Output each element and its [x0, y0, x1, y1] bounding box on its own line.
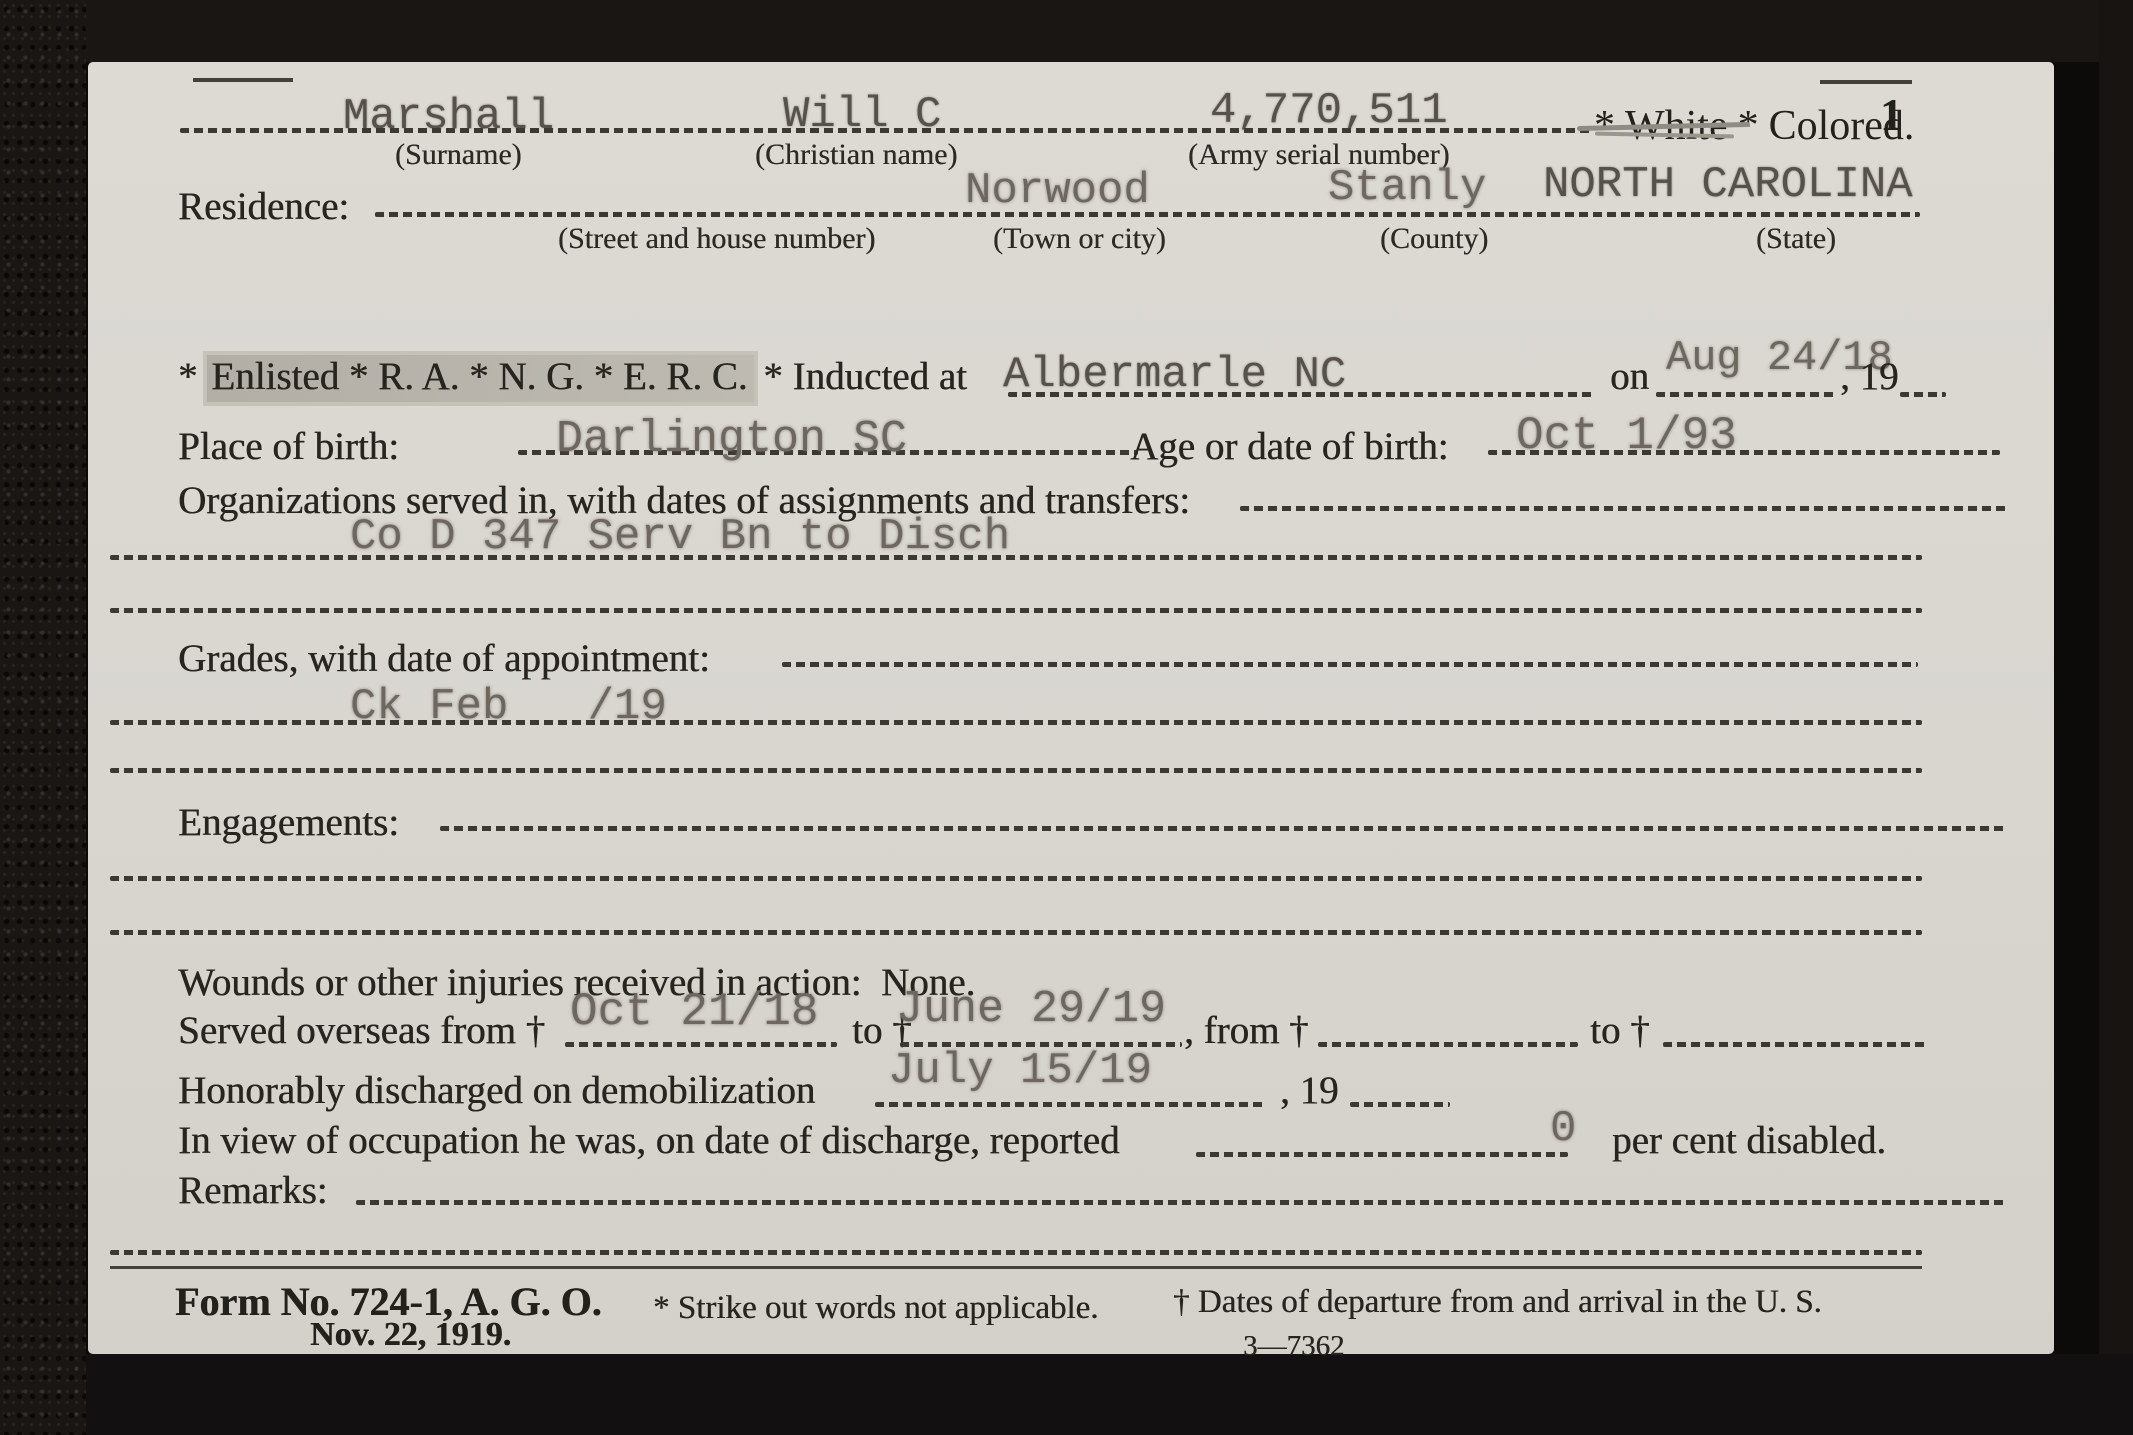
birthdate-label: Age or date of birth: [1130, 424, 1448, 469]
discharge-rule-2 [1350, 1102, 1450, 1107]
print-code: 3—7362 [1243, 1330, 1345, 1363]
top-left-mark [193, 78, 293, 82]
page-number-overline [1820, 80, 1912, 84]
engagements-label: Engagements: [178, 800, 399, 845]
race-white-struck: White [1625, 102, 1728, 150]
dagger-note: † Dates of departure from and arrival in… [1173, 1284, 1822, 1321]
footer-divider [110, 1266, 1922, 1269]
disability-label: In view of occupation he was, on date of… [178, 1118, 1119, 1163]
scan-border-left [0, 0, 86, 1435]
scan-border-bottom [86, 1354, 2133, 1435]
residence-county-value: Stanly [1328, 163, 1486, 213]
race-designation: *White*Colored. [1594, 102, 1924, 150]
overseas-to-value: June 29/19 [896, 984, 1166, 1035]
residence-state-value: NORTH CAROLINA [1543, 160, 1913, 210]
enlistment-line: * Enlisted * R. A. * N. G. * E. R. C. * … [178, 354, 967, 399]
state-label: (State) [1756, 222, 1836, 256]
organizations-rule-2 [110, 555, 1922, 560]
overseas-to2-label: to † [1590, 1008, 1650, 1053]
overseas-rule-1 [565, 1042, 837, 1047]
discharge-date-value: July 15/19 [888, 1046, 1152, 1096]
inducted-at-label: * Inducted at [763, 355, 967, 398]
overseas-rule-4 [1663, 1042, 1928, 1047]
disability-percent-value: 0 [1550, 1104, 1576, 1154]
organizations-rule-1 [1240, 506, 2006, 511]
enlistment-star: * [178, 355, 198, 398]
discharge-year-suffix: , 19 [1280, 1068, 1339, 1113]
street-label: (Street and house number) [558, 222, 875, 256]
birthplace-label: Place of birth: [178, 424, 399, 469]
inducted-year-rule [1900, 392, 1946, 397]
birthdate-rule [1488, 450, 2000, 455]
strike-out-note: * Strike out words not applicable. [653, 1290, 1098, 1327]
scan-border-top [86, 0, 2133, 62]
scanned-service-card-page: 1 Marshall Will C 4,770,511 *White*Color… [0, 0, 2133, 1435]
engagements-rule-1 [440, 826, 2006, 831]
remarks-rule-2 [110, 1250, 1922, 1255]
overseas-from-label: Served overseas from † [178, 1008, 545, 1053]
grades-rule-2 [110, 720, 1922, 725]
surname-value: Marshall [343, 92, 554, 142]
service-record-card: 1 Marshall Will C 4,770,511 *White*Color… [88, 62, 2054, 1354]
inducted-year-suffix: , 19 [1840, 354, 1899, 399]
race-colored: Colored. [1769, 103, 1915, 149]
form-date: Nov. 22, 1919. [310, 1316, 511, 1354]
overseas-from-value: Oct 21/18 [570, 986, 818, 1038]
enlistment-struck-options: Enlisted * R. A. * N. G. * E. R. C. [207, 355, 753, 402]
surname-label: (Surname) [395, 138, 522, 172]
inducted-place-rule [1008, 392, 1593, 397]
town-label: (Town or city) [993, 222, 1166, 256]
overseas-from2-label: , from † [1184, 1008, 1309, 1053]
remarks-label: Remarks: [178, 1168, 327, 1213]
residence-label: Residence: [178, 184, 349, 229]
engagements-rule-2 [110, 876, 1922, 881]
grades-rule-3 [110, 768, 1922, 773]
remarks-rule-1 [356, 1200, 2006, 1205]
scan-border-right [2099, 0, 2133, 1435]
inducted-date-rule [1656, 392, 1838, 397]
engagements-rule-3 [110, 930, 1922, 935]
disability-rule [1196, 1152, 1568, 1157]
discharge-label: Honorably discharged on demobilization [178, 1068, 815, 1113]
grades-rule-1 [782, 662, 1918, 667]
grades-label: Grades, with date of appointment: [178, 636, 710, 681]
christian-name-label: (Christian name) [755, 138, 957, 172]
disability-suffix: per cent disabled. [1612, 1118, 1886, 1163]
discharge-rule-1 [875, 1102, 1265, 1107]
inducted-on-label: on [1610, 354, 1649, 399]
organizations-rule-3 [110, 608, 1922, 613]
county-label: (County) [1380, 222, 1488, 256]
header-rule [180, 128, 1592, 133]
overseas-rule-3 [1318, 1042, 1578, 1047]
birthplace-value: Darlington SC [556, 414, 907, 465]
residence-rule [375, 212, 1920, 217]
residence-town-value: Norwood [965, 166, 1150, 216]
